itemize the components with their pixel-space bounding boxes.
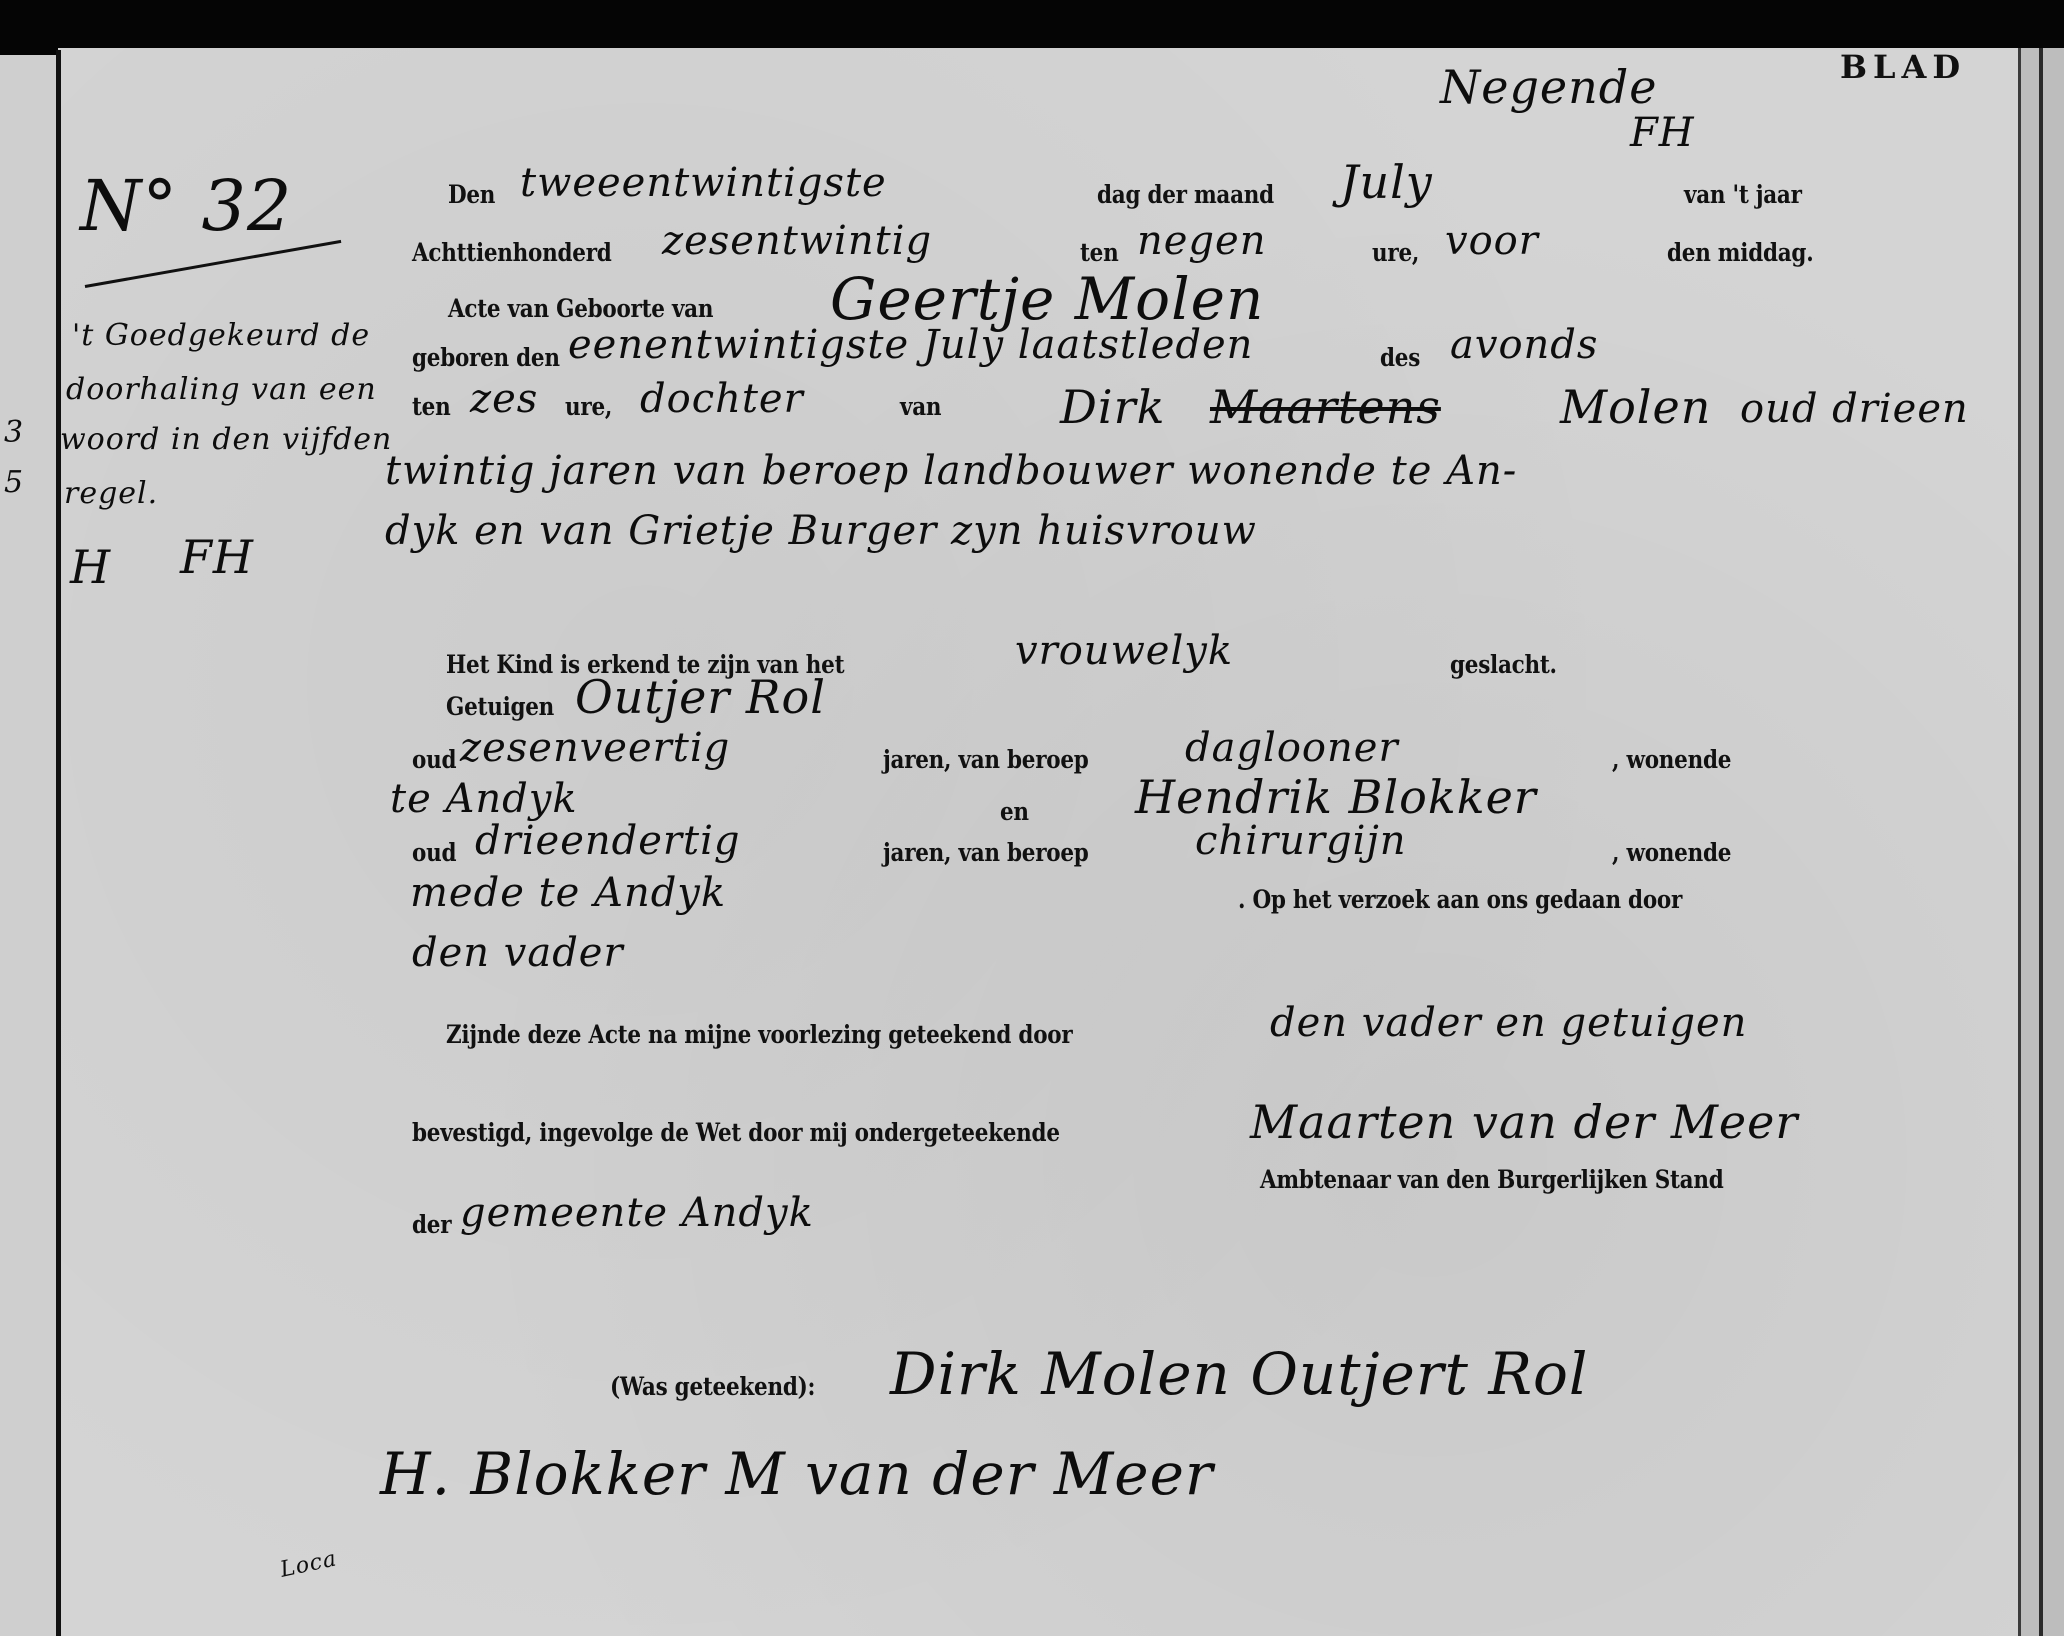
printed-wonende-2: , wonende [1612,838,1731,867]
margin-note-line: 't Goedgekeurd de [72,318,370,353]
municipality: gemeente Andyk [460,1190,814,1236]
page-initials: FH [1630,110,1695,156]
margin-note-initials: FH [180,530,254,584]
printed-getuigen: Getuigen [446,692,554,721]
printed-ten-2: ten [412,392,450,421]
printed-acte-van-geboorte: Acte van Geboorte van [448,294,713,323]
handwritten-sex: vrouwelyk [1015,628,1233,674]
page-label: BLAD [1840,48,1966,86]
father-surname: Molen [1560,380,1711,434]
witness1-age: zesenveertig [460,725,730,771]
margin-rule [56,50,61,1636]
facing-page-fragment: 5 [4,465,24,500]
margin-note-line: regel. [64,476,158,511]
printed-geslacht: geslacht. [1450,650,1557,679]
printed-was-geteekend: (Was geteekend): [610,1372,815,1401]
handwritten-part-of-day: avonds [1450,322,1598,368]
signed-by: den vader en getuigen [1270,1000,1747,1046]
mother-details-line: dyk en van Grietje Burger zyn huisvrouw [385,508,1257,554]
page-number-handwritten: Negende [1440,60,1657,114]
printed-oud-1: oud [412,745,456,774]
margin-note-signoff: H [70,540,111,594]
printed-jaren-beroep-1: jaren, van beroep [883,745,1089,774]
handwritten-time-of-day: voor [1445,218,1539,264]
printed-jaren-beroep-2: jaren, van beroep [883,838,1089,867]
witness2-name: Hendrik Blokker [1135,770,1537,824]
printed-van: van [900,392,941,421]
father-first-name: Dirk [1060,380,1165,434]
signatures-line-1: Dirk Molen Outjert Rol [890,1340,1588,1408]
witness1-residence: te Andyk [390,776,578,822]
requested-by: den vader [412,930,624,976]
printed-en: en [1000,797,1029,826]
handwritten-month: July [1340,155,1433,209]
record-number: N° 32 [80,165,293,247]
signatures-line-2: H. Blokker M van der Meer [380,1440,1214,1508]
printed-achttienhonderd: Achttienhonderd [412,238,612,267]
printed-des: des [1380,343,1420,372]
handwritten-hour: negen [1137,218,1266,264]
printed-van-t-jaar: van 't jaar [1684,180,1802,209]
printed-ambtenaar: Ambtenaar van den Burgerlijken Stand [1260,1165,1723,1194]
printed-den: Den [448,180,495,209]
handwritten-year: zesentwintig [662,218,932,264]
printed-ten: ten [1080,238,1118,267]
printed-ure: ure, [1372,238,1419,267]
handwritten-birth-hour: zes [470,376,538,422]
witness2-occupation: chirurgijn [1195,818,1407,864]
printed-geboren-den: geboren den [412,343,560,372]
handwritten-day: tweeentwintigste [520,160,887,206]
facing-page-fragment: 3 [4,415,24,450]
printed-dag-der-maand: dag der maand [1097,180,1274,209]
official-name: Maarten van der Meer [1250,1095,1798,1149]
witness2-age: drieendertig [475,818,741,864]
printed-bevestigd: bevestigd, ingevolge de Wet door mij ond… [412,1118,1060,1147]
page-right-edge [2018,48,2064,1636]
printed-op-het-verzoek: . Op het verzoek aan ons gedaan door [1238,885,1682,914]
printed-oud-2: oud [412,838,456,867]
witness1-occupation: daglooner [1185,725,1399,771]
witness1-name: Outjer Rol [575,670,826,724]
facing-page-edge: 3 5 [0,55,56,1636]
printed-zijnde: Zijnde deze Acte na mijne voorlezing get… [446,1020,1072,1049]
father-struck-word: Maartens [1210,380,1441,434]
father-age-start: oud drieen [1740,386,1969,432]
handwritten-birth-date: eenentwintigste July laatstleden [568,322,1253,368]
margin-note-line: woord in den vijfden [60,422,392,457]
father-details-line: twintig jaren van beroep landbouwer wone… [385,448,1517,494]
printed-ure-2: ure, [565,392,612,421]
printed-der: der [412,1210,451,1239]
printed-den-middag: den middag. [1667,238,1813,267]
printed-wonende-1: , wonende [1612,745,1731,774]
witness2-residence: mede te Andyk [410,870,726,916]
handwritten-relation: dochter [640,376,804,422]
margin-note-line: doorhaling van een [66,372,377,407]
